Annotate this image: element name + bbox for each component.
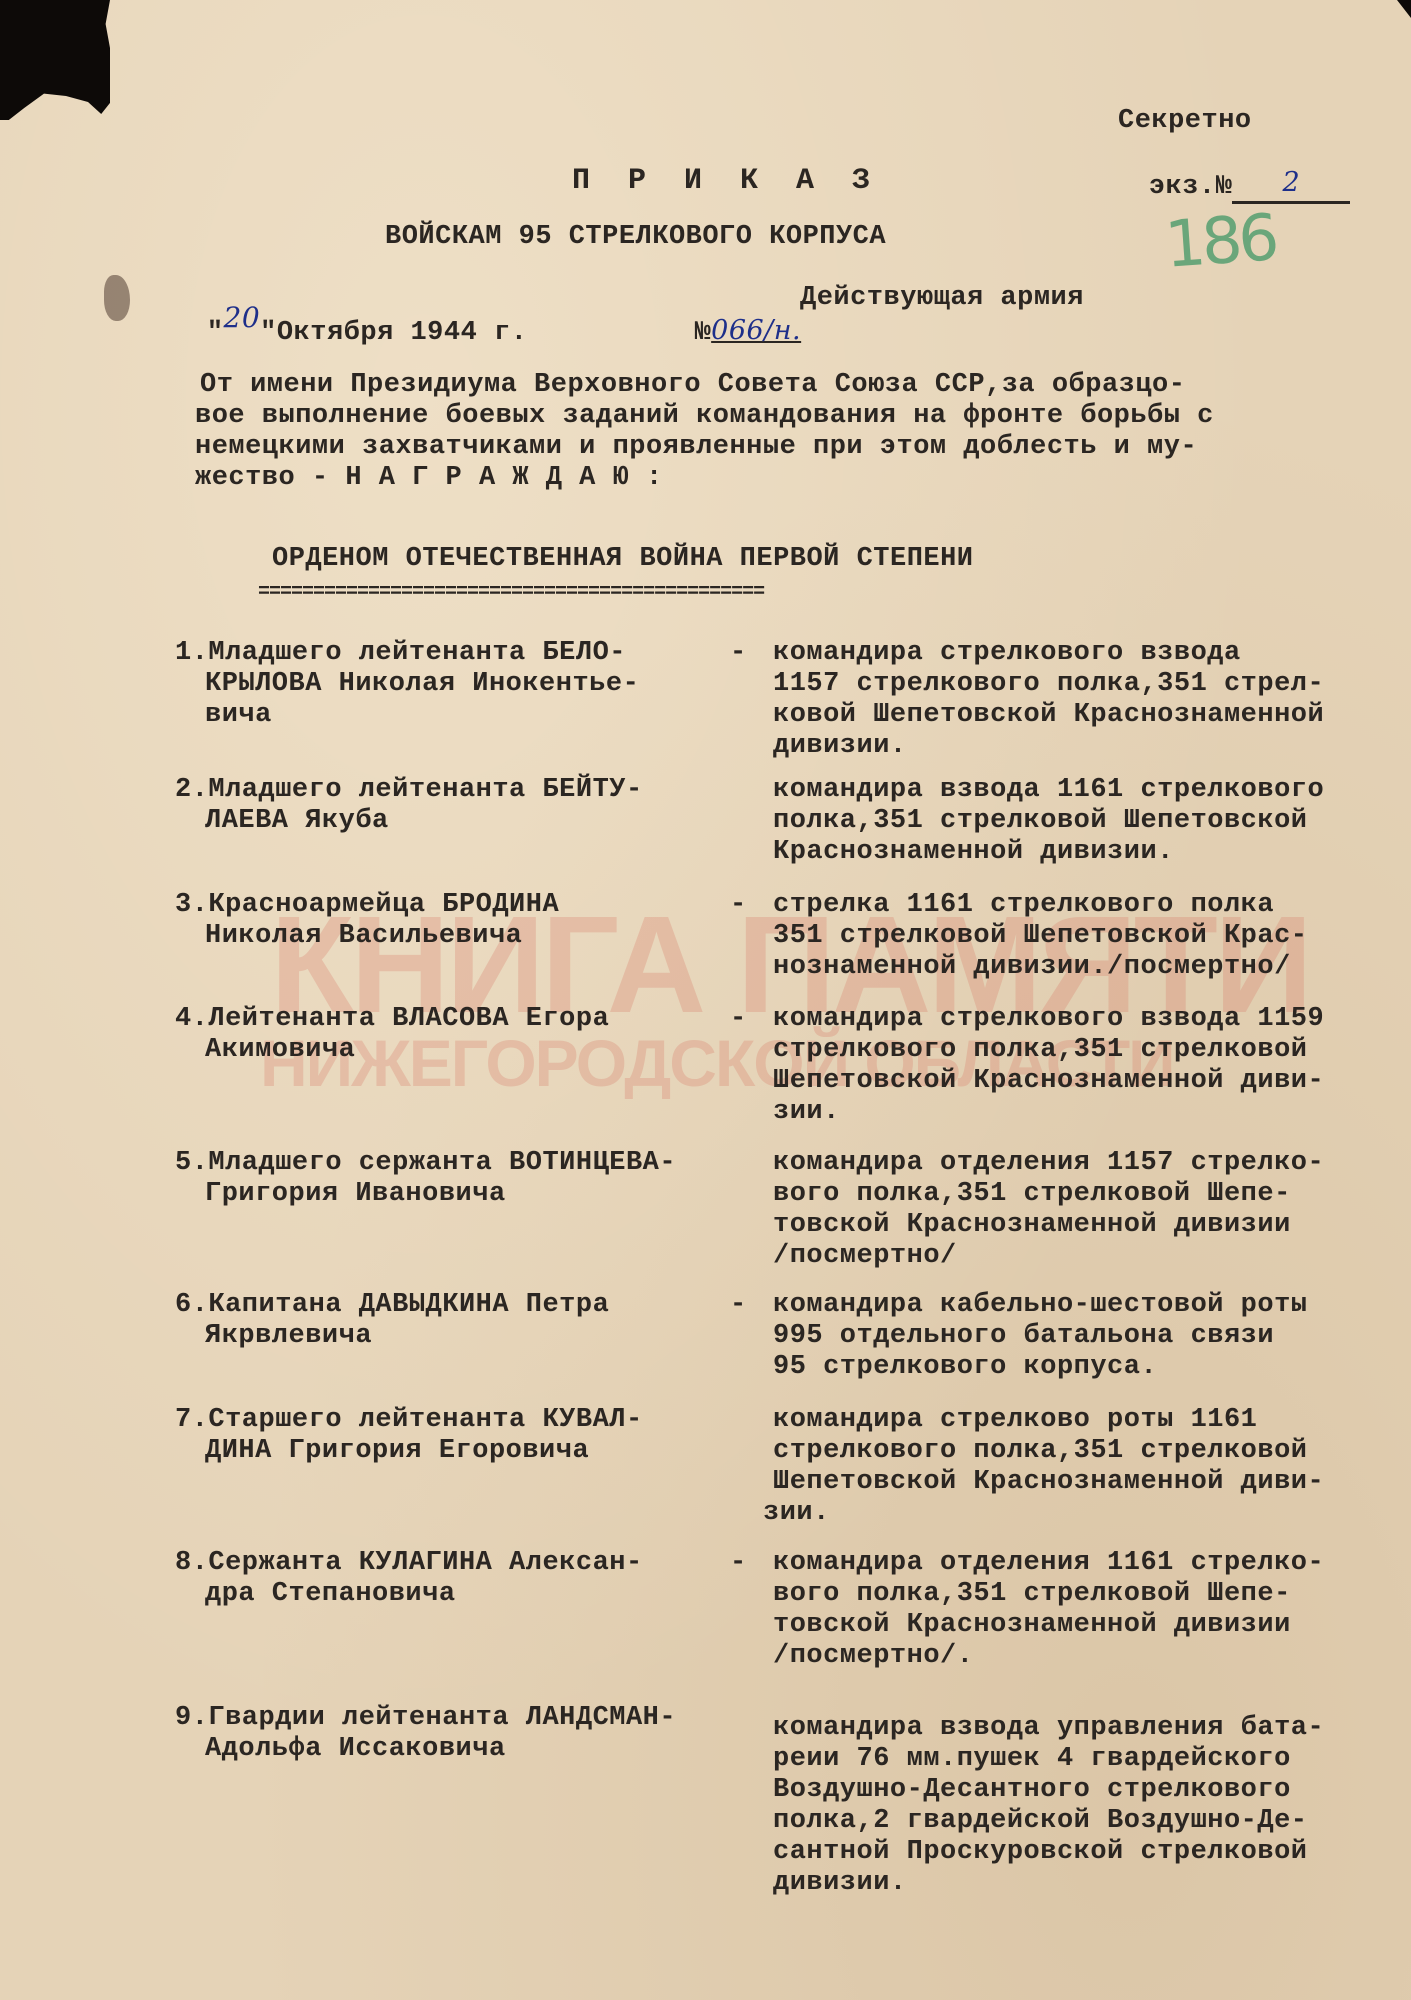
copy-number: 2 bbox=[1282, 167, 1300, 198]
intro-paragraph: От имени Президиума Верховного Совета Со… bbox=[200, 370, 1217, 494]
award-desc-line: сантной Проскуровской стрелковой bbox=[773, 1837, 1324, 1868]
order-number: 066/н. bbox=[711, 315, 801, 346]
award-desc-line: командира взвода управления бата- bbox=[773, 1713, 1324, 1744]
order-number-label: № bbox=[694, 318, 711, 348]
award-heading: ОРДЕНОМ ОТЕЧЕСТВЕННАЯ ВОЙНА ПЕРВОЙ СТЕПЕ… bbox=[272, 544, 974, 575]
award-dash: - bbox=[730, 890, 747, 921]
award-name-line: КРЫЛОВА Николая Инокентье- bbox=[175, 669, 715, 700]
award-desc-line: командира взвода 1161 стрелкового bbox=[773, 775, 1324, 806]
page-corner bbox=[1397, 0, 1411, 18]
award-name-line: 5.Младшего сержанта ВОТИНЦЕВА- bbox=[175, 1148, 775, 1179]
intro-line: вое выполнение боевых заданий командован… bbox=[195, 401, 1214, 432]
award-desc-line: зии. bbox=[773, 1097, 1324, 1128]
award-dash: - bbox=[730, 1004, 747, 1035]
award-desc-line: товской Краснознаменной дивизии bbox=[773, 1610, 1324, 1641]
award-desc-line: дивизии. bbox=[773, 1868, 1324, 1899]
secret-label: Секретно bbox=[1118, 106, 1252, 137]
award-name-line: Акимовича bbox=[175, 1035, 715, 1066]
award-desc-line: Воздушно-Десантного стрелкового bbox=[773, 1775, 1324, 1806]
award-desc-line: ковой Шепетовской Краснознаменной bbox=[773, 700, 1324, 731]
award-name-line: 7.Старшего лейтенанта КУВАЛ- bbox=[175, 1405, 715, 1436]
award-desc-line: 95 стрелкового корпуса. bbox=[773, 1352, 1307, 1383]
award-desc-line: товской Краснознаменной дивизии bbox=[773, 1210, 1324, 1241]
torn-corner bbox=[0, 0, 110, 120]
hole-punch-mark bbox=[104, 275, 130, 321]
award-desc-line: командира отделения 1157 стрелко- bbox=[773, 1148, 1324, 1179]
award-desc-line: полка,351 стрелковой Шепетовской bbox=[773, 806, 1324, 837]
document-title: П Р И К А З bbox=[572, 166, 880, 197]
date-day: 20 bbox=[224, 301, 261, 334]
award-dash: - bbox=[730, 1548, 747, 1579]
award-name-line: 4.Лейтенанта ВЛАСОВА Егора bbox=[175, 1004, 715, 1035]
award-desc-line: /посмертно/ bbox=[773, 1241, 1324, 1272]
award-desc-line: Шепетовской Краснознаменной диви- bbox=[773, 1066, 1324, 1097]
intro-line: От имени Президиума Верховного Совета Со… bbox=[200, 370, 1217, 401]
intro-line: немецкими захватчиками и проявленные при… bbox=[195, 432, 1214, 463]
copy-label: экз.№ bbox=[1149, 172, 1233, 202]
award-desc-line: 351 стрелковой Шепетовской Крас- bbox=[773, 921, 1307, 952]
award-name-line: Адольфа Иссаковича bbox=[175, 1734, 775, 1765]
award-name-line: 9.Гвардии лейтенанта ЛАНДСМАН- bbox=[175, 1703, 775, 1734]
award-desc-line: 995 отдельного батальона связи bbox=[773, 1321, 1307, 1352]
date-line: "20"Октября 1944 г. №066/н. bbox=[140, 283, 801, 380]
award-desc-line: стрелка 1161 стрелкового полка bbox=[773, 890, 1307, 921]
award-desc-line: стрелкового полка,351 стрелковой bbox=[773, 1035, 1324, 1066]
award-dash: - bbox=[730, 1290, 747, 1321]
award-desc-line: реии 76 мм.пушек 4 гвардейского bbox=[773, 1744, 1324, 1775]
award-name-line: Якрвлевича bbox=[175, 1321, 715, 1352]
archive-mark: 186 bbox=[1163, 201, 1278, 283]
award-desc-line: нознаменной дивизии./посмертно/ bbox=[773, 952, 1307, 983]
award-desc-line: командира отделения 1161 стрелко- bbox=[773, 1548, 1324, 1579]
award-name-line: ЛАЕВА Якуба bbox=[175, 806, 715, 837]
heading-rule: ========================================… bbox=[258, 577, 764, 608]
document-subtitle: ВОЙСКАМ 95 СТРЕЛКОВОГО КОРПУСА bbox=[385, 222, 886, 253]
award-desc-line: командира кабельно-шестовой роты bbox=[773, 1290, 1307, 1321]
location: Действующая армия bbox=[800, 283, 1084, 314]
award-name-line: 1.Младшего лейтенанта БЕЛО- bbox=[175, 638, 715, 669]
award-desc-line: дивизии. bbox=[773, 731, 1324, 762]
award-dash: - bbox=[730, 638, 747, 669]
award-desc-line: зии. bbox=[763, 1498, 1324, 1529]
document-page: КНИГА ПАМЯТИ НИЖЕГОРОДСКОЙ ОБЛАСТИ Секре… bbox=[0, 0, 1411, 2000]
award-name-line: Григория Ивановича bbox=[175, 1179, 775, 1210]
award-name-line: Николая Васильевича bbox=[175, 921, 715, 952]
award-desc-line: /посмертно/. bbox=[773, 1641, 1324, 1672]
award-desc-line: командира стрелково роты 1161 bbox=[773, 1405, 1324, 1436]
award-desc-line: полка,2 гвардейской Воздушно-Де- bbox=[773, 1806, 1324, 1837]
award-desc-line: вого полка,351 стрелковой Шепе- bbox=[773, 1579, 1324, 1610]
date-month-year: "Октября 1944 г. bbox=[260, 318, 527, 348]
award-name-line: 8.Сержанта КУЛАГИНА Алексан- bbox=[175, 1548, 715, 1579]
award-desc-line: вого полка,351 стрелковой Шепе- bbox=[773, 1179, 1324, 1210]
award-name-line: 2.Младшего лейтенанта БЕЙТУ- bbox=[175, 775, 715, 806]
award-name-line: ДИНА Григория Егоровича bbox=[175, 1436, 715, 1467]
award-name-line: дра Степановича bbox=[175, 1579, 715, 1610]
award-name-line: 6.Капитана ДАВЫДКИНА Петра bbox=[175, 1290, 715, 1321]
award-name-line: 3.Красноармейца БРОДИНА bbox=[175, 890, 715, 921]
award-desc-line: командира стрелкового взвода bbox=[773, 638, 1324, 669]
award-desc-line: Шепетовской Краснознаменной диви- bbox=[773, 1467, 1324, 1498]
award-name-line: вича bbox=[175, 700, 715, 731]
award-desc-line: командира стрелкового взвода 1159 bbox=[773, 1004, 1324, 1035]
award-desc-line: Краснознаменной дивизии. bbox=[773, 837, 1324, 868]
award-desc-line: 1157 стрелкового полка,351 стрел- bbox=[773, 669, 1324, 700]
award-desc-line: стрелкового полка,351 стрелковой bbox=[773, 1436, 1324, 1467]
intro-line: жество - Н А Г Р А Ж Д А Ю : bbox=[195, 463, 1214, 494]
